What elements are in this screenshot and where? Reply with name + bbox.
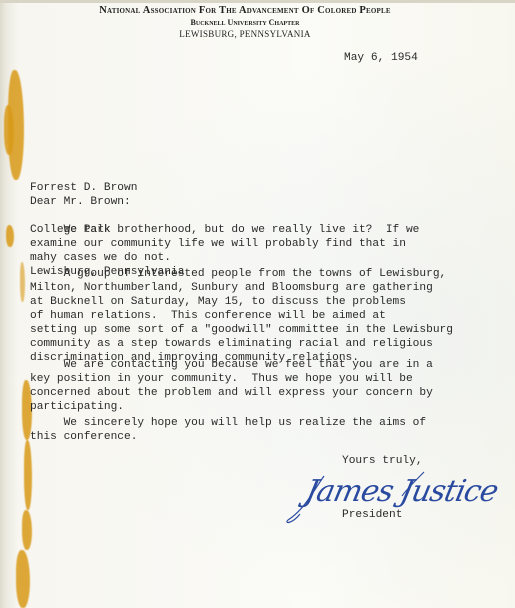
page-edge <box>0 0 515 3</box>
organization-name: National Association For The Advancement… <box>0 4 490 17</box>
tape-stain <box>20 262 25 302</box>
body-paragraph: A group of interested people from the to… <box>30 267 453 365</box>
body-paragraph: We sincerely hope you will help us reali… <box>30 416 426 444</box>
tape-stain <box>24 440 32 510</box>
salutation: Dear Mr. Brown: <box>30 195 131 209</box>
chapter-location: LEWISBURG, PENNSYLVANIA <box>0 28 490 41</box>
tape-stain <box>16 550 30 608</box>
recipient-name: Forrest D. Brown <box>30 181 184 195</box>
tape-stain <box>6 225 14 247</box>
body-paragraph: We are contacting you because we feel th… <box>30 358 433 414</box>
tape-stain <box>4 105 14 155</box>
signer-title: President <box>342 508 402 522</box>
signature-text: James Justice <box>302 474 500 509</box>
tape-stain <box>22 510 32 550</box>
closing: Yours truly, <box>342 454 423 468</box>
body-paragraph: We talk brotherhood, but do we really li… <box>30 223 419 265</box>
chapter-name: Bucknell University Chapter <box>0 17 490 28</box>
letter-date: May 6, 1954 <box>344 51 418 65</box>
letterhead: National Association For The Advancement… <box>0 4 490 41</box>
letter-page: National Association For The Advancement… <box>0 0 515 608</box>
